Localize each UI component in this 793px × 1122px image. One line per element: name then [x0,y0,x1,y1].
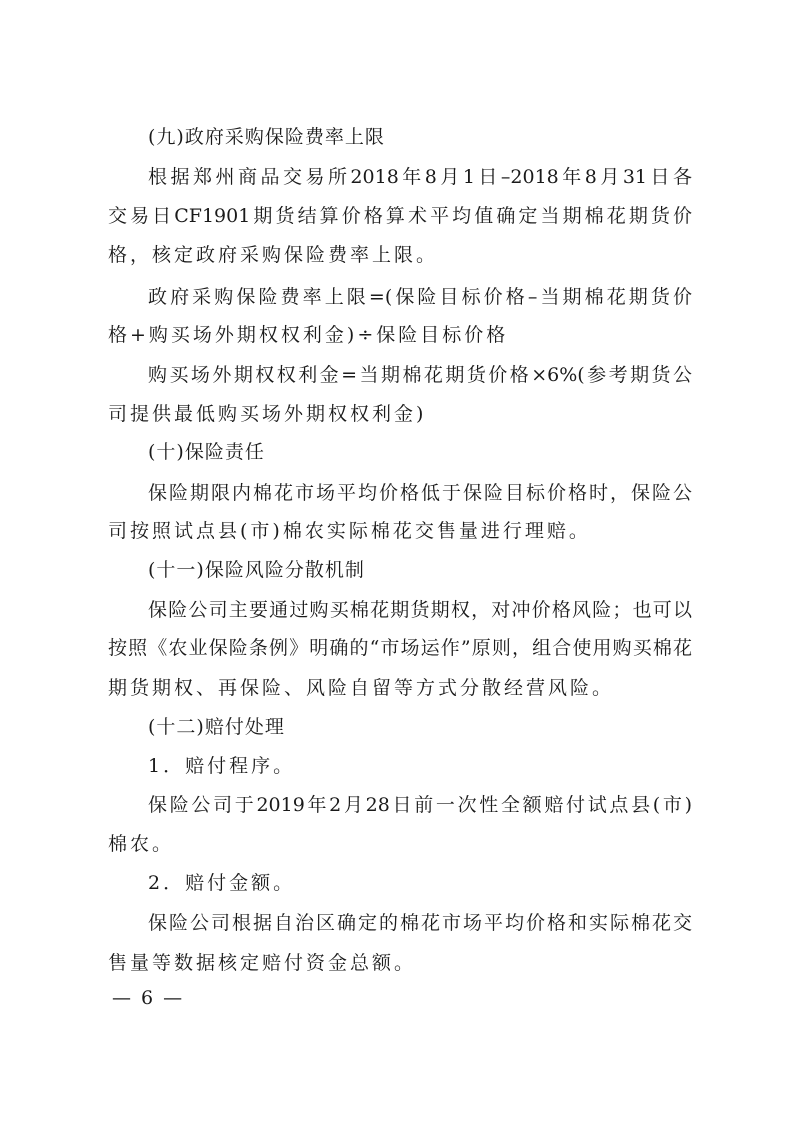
section-heading-9: (九)政府采购保险费率上限 [148,125,692,149]
formula-line: 格+购买场外期权权利金)÷保险目标价格 [108,323,692,347]
document-page: (九)政府采购保险费率上限 根据郑州商品交易所2018年8月1日–2018年8月… [0,0,793,1122]
paragraph-line: 保险公司主要通过购买棉花期货期权，对冲价格风险；也可以 [148,598,692,622]
paragraph-line: 棉农。 [108,832,692,856]
paragraph-line: 按照《农业保险条例》明确的“市场运作”原则，组合使用购买棉花 [108,636,692,660]
subsection-heading-1: 1．赔付程序。 [148,754,692,778]
paragraph-line: 根据郑州商品交易所2018年8月1日–2018年8月31日各 [148,165,692,189]
paragraph-line: 保险公司于2019年2月28日前一次性全额赔付试点县(市) [148,793,692,817]
formula-line: 司提供最低购买场外期权权利金) [108,402,692,426]
paragraph-line: 保险公司根据自治区确定的棉花市场平均价格和实际棉花交 [148,911,692,935]
section-heading-10: (十)保险责任 [148,440,692,464]
section-heading-11: (十一)保险风险分散机制 [148,558,692,582]
subsection-heading-2: 2．赔付金额。 [148,871,692,895]
page-number: — 6 — [112,986,184,1010]
paragraph-line: 期货期权、再保险、风险自留等方式分散经营风险。 [108,676,692,700]
formula-line: 政府采购保险费率上限=(保险目标价格–当期棉花期货价 [148,285,692,309]
paragraph-line: 售量等数据核定赔付资金总额。 [108,951,692,975]
paragraph-line: 格，核定政府采购保险费率上限。 [108,243,692,267]
paragraph-line: 司按照试点县(市)棉农实际棉花交售量进行理赔。 [108,519,692,543]
formula-line: 购买场外期权权利金=当期棉花期货价格×6%(参考期货公 [148,363,692,387]
section-heading-12: (十二)赔付处理 [148,715,692,739]
paragraph-line: 保险期限内棉花市场平均价格低于保险目标价格时，保险公 [148,481,692,505]
paragraph-line: 交易日CF1901期货结算价格算术平均值确定当期棉花期货价 [108,204,692,228]
